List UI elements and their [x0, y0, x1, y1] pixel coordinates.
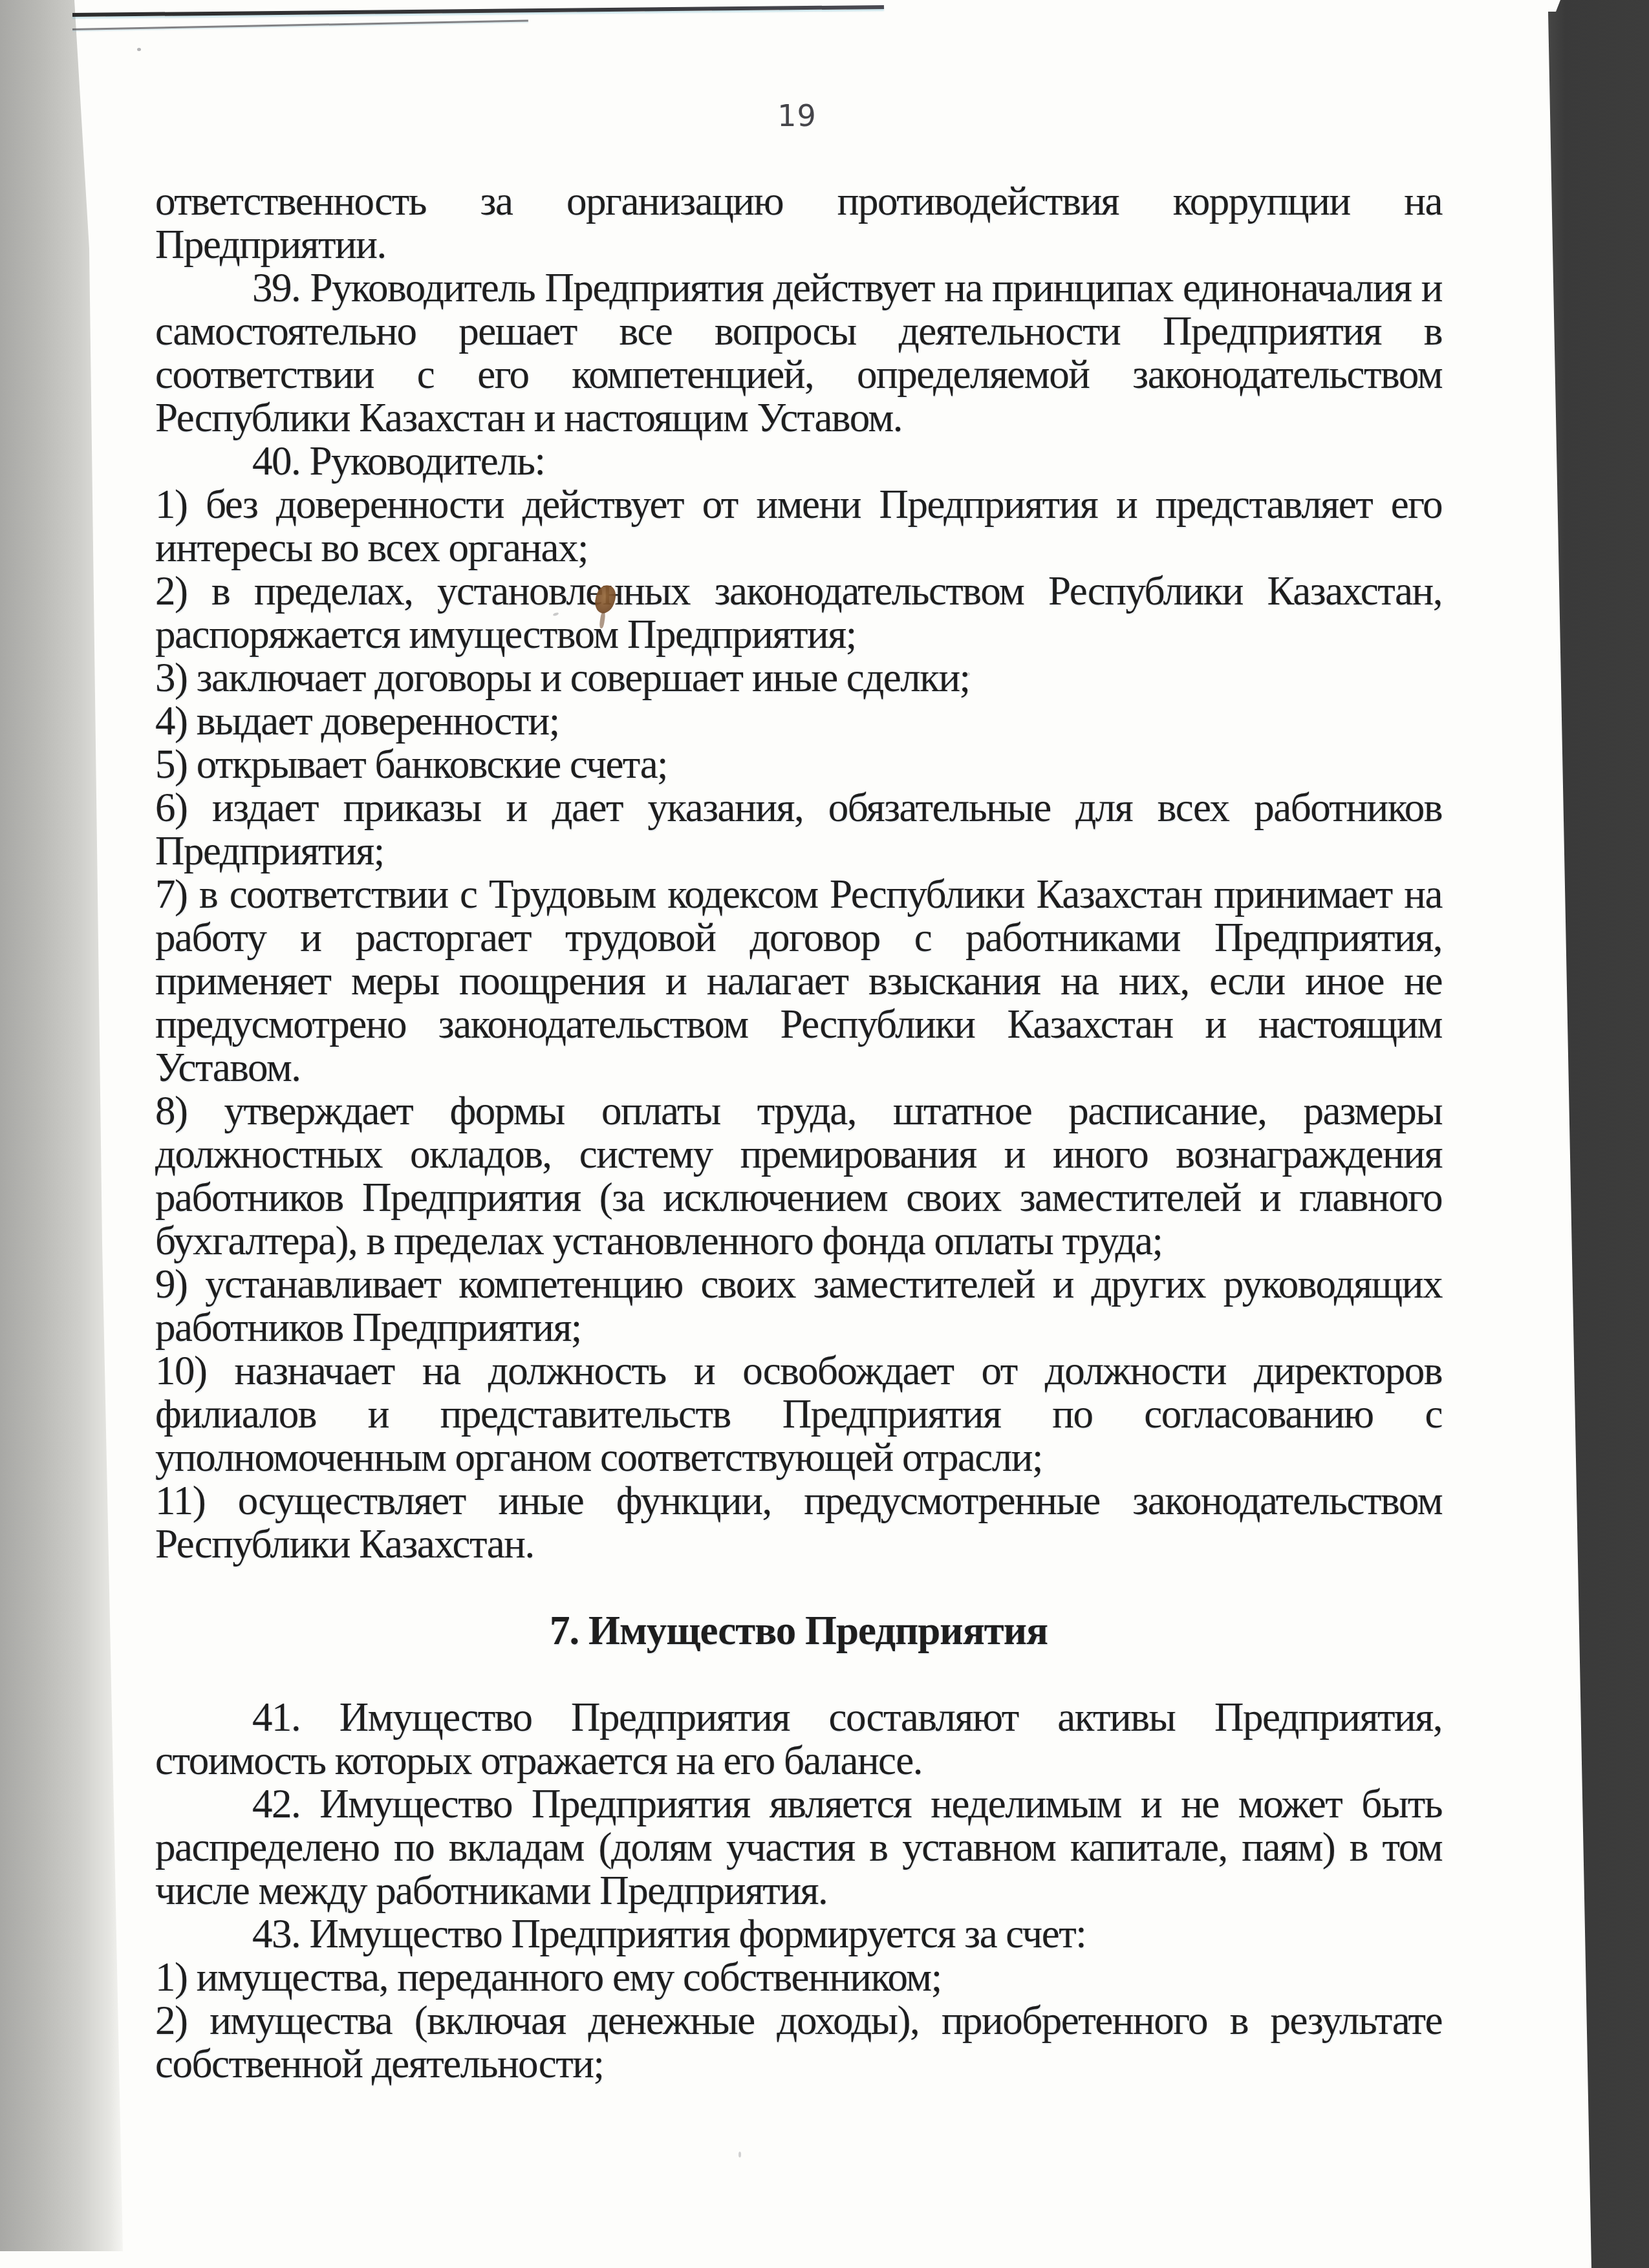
- paragraph: 1) без доверенности действует от имени П…: [155, 483, 1442, 570]
- paragraph: 4) выдает доверенности;: [155, 700, 1442, 743]
- page-number: 19: [155, 98, 1439, 133]
- scanner-right-edge-band: [1547, 0, 1649, 2268]
- paragraph: 41. Имущество Предприятия составляют акт…: [155, 1696, 1442, 1782]
- paper-speck: [738, 2152, 741, 2157]
- paragraph: 11) осуществляет иные функции, предусмот…: [155, 1479, 1442, 1566]
- paragraph: 10) назначает на должность и освобождает…: [155, 1349, 1442, 1479]
- paragraph: 7) в соответствии с Трудовым кодексом Ре…: [155, 873, 1442, 1089]
- page-top-edge-line: [72, 5, 884, 17]
- paragraph: 1) имущества, переданного ему собственни…: [155, 1956, 1442, 1999]
- paper-speck: [967, 672, 970, 676]
- paragraph: 8) утверждает формы оплаты труда, штатно…: [155, 1089, 1442, 1263]
- paragraph: 2) в пределах, установленных законодател…: [155, 570, 1442, 656]
- section-heading: 7. Имущество Предприятия: [155, 1609, 1442, 1653]
- paragraph: 39. Руководитель Предприятия действует н…: [155, 266, 1442, 440]
- paragraph: 2) имущества (включая денежные доходы), …: [155, 1999, 1442, 2086]
- paragraph: 5) открывает банковские счета;: [155, 743, 1442, 786]
- paper-speck: [137, 48, 141, 51]
- paragraph: 40. Руководитель:: [155, 440, 1442, 483]
- paragraph: 43. Имущество Предприятия формируется за…: [155, 1912, 1442, 1956]
- paragraph: 9) устанавливает компетенцию своих замес…: [155, 1263, 1442, 1349]
- scanner-left-edge-band: [0, 0, 129, 2260]
- paragraph: 6) издает приказы и дает указания, обяза…: [155, 786, 1442, 873]
- paragraph: 3) заключает договоры и совершает иные с…: [155, 656, 1442, 700]
- paragraph: 42. Имущество Предприятия является недел…: [155, 1782, 1442, 1912]
- document-body: ответственность за организацию противоде…: [155, 180, 1442, 2086]
- page-top-edge-line-secondary: [72, 19, 528, 30]
- scanned-page: { "page": { "number": "19" }, "scan": { …: [0, 0, 1649, 2268]
- paragraph: ответственность за организацию противоде…: [155, 180, 1442, 266]
